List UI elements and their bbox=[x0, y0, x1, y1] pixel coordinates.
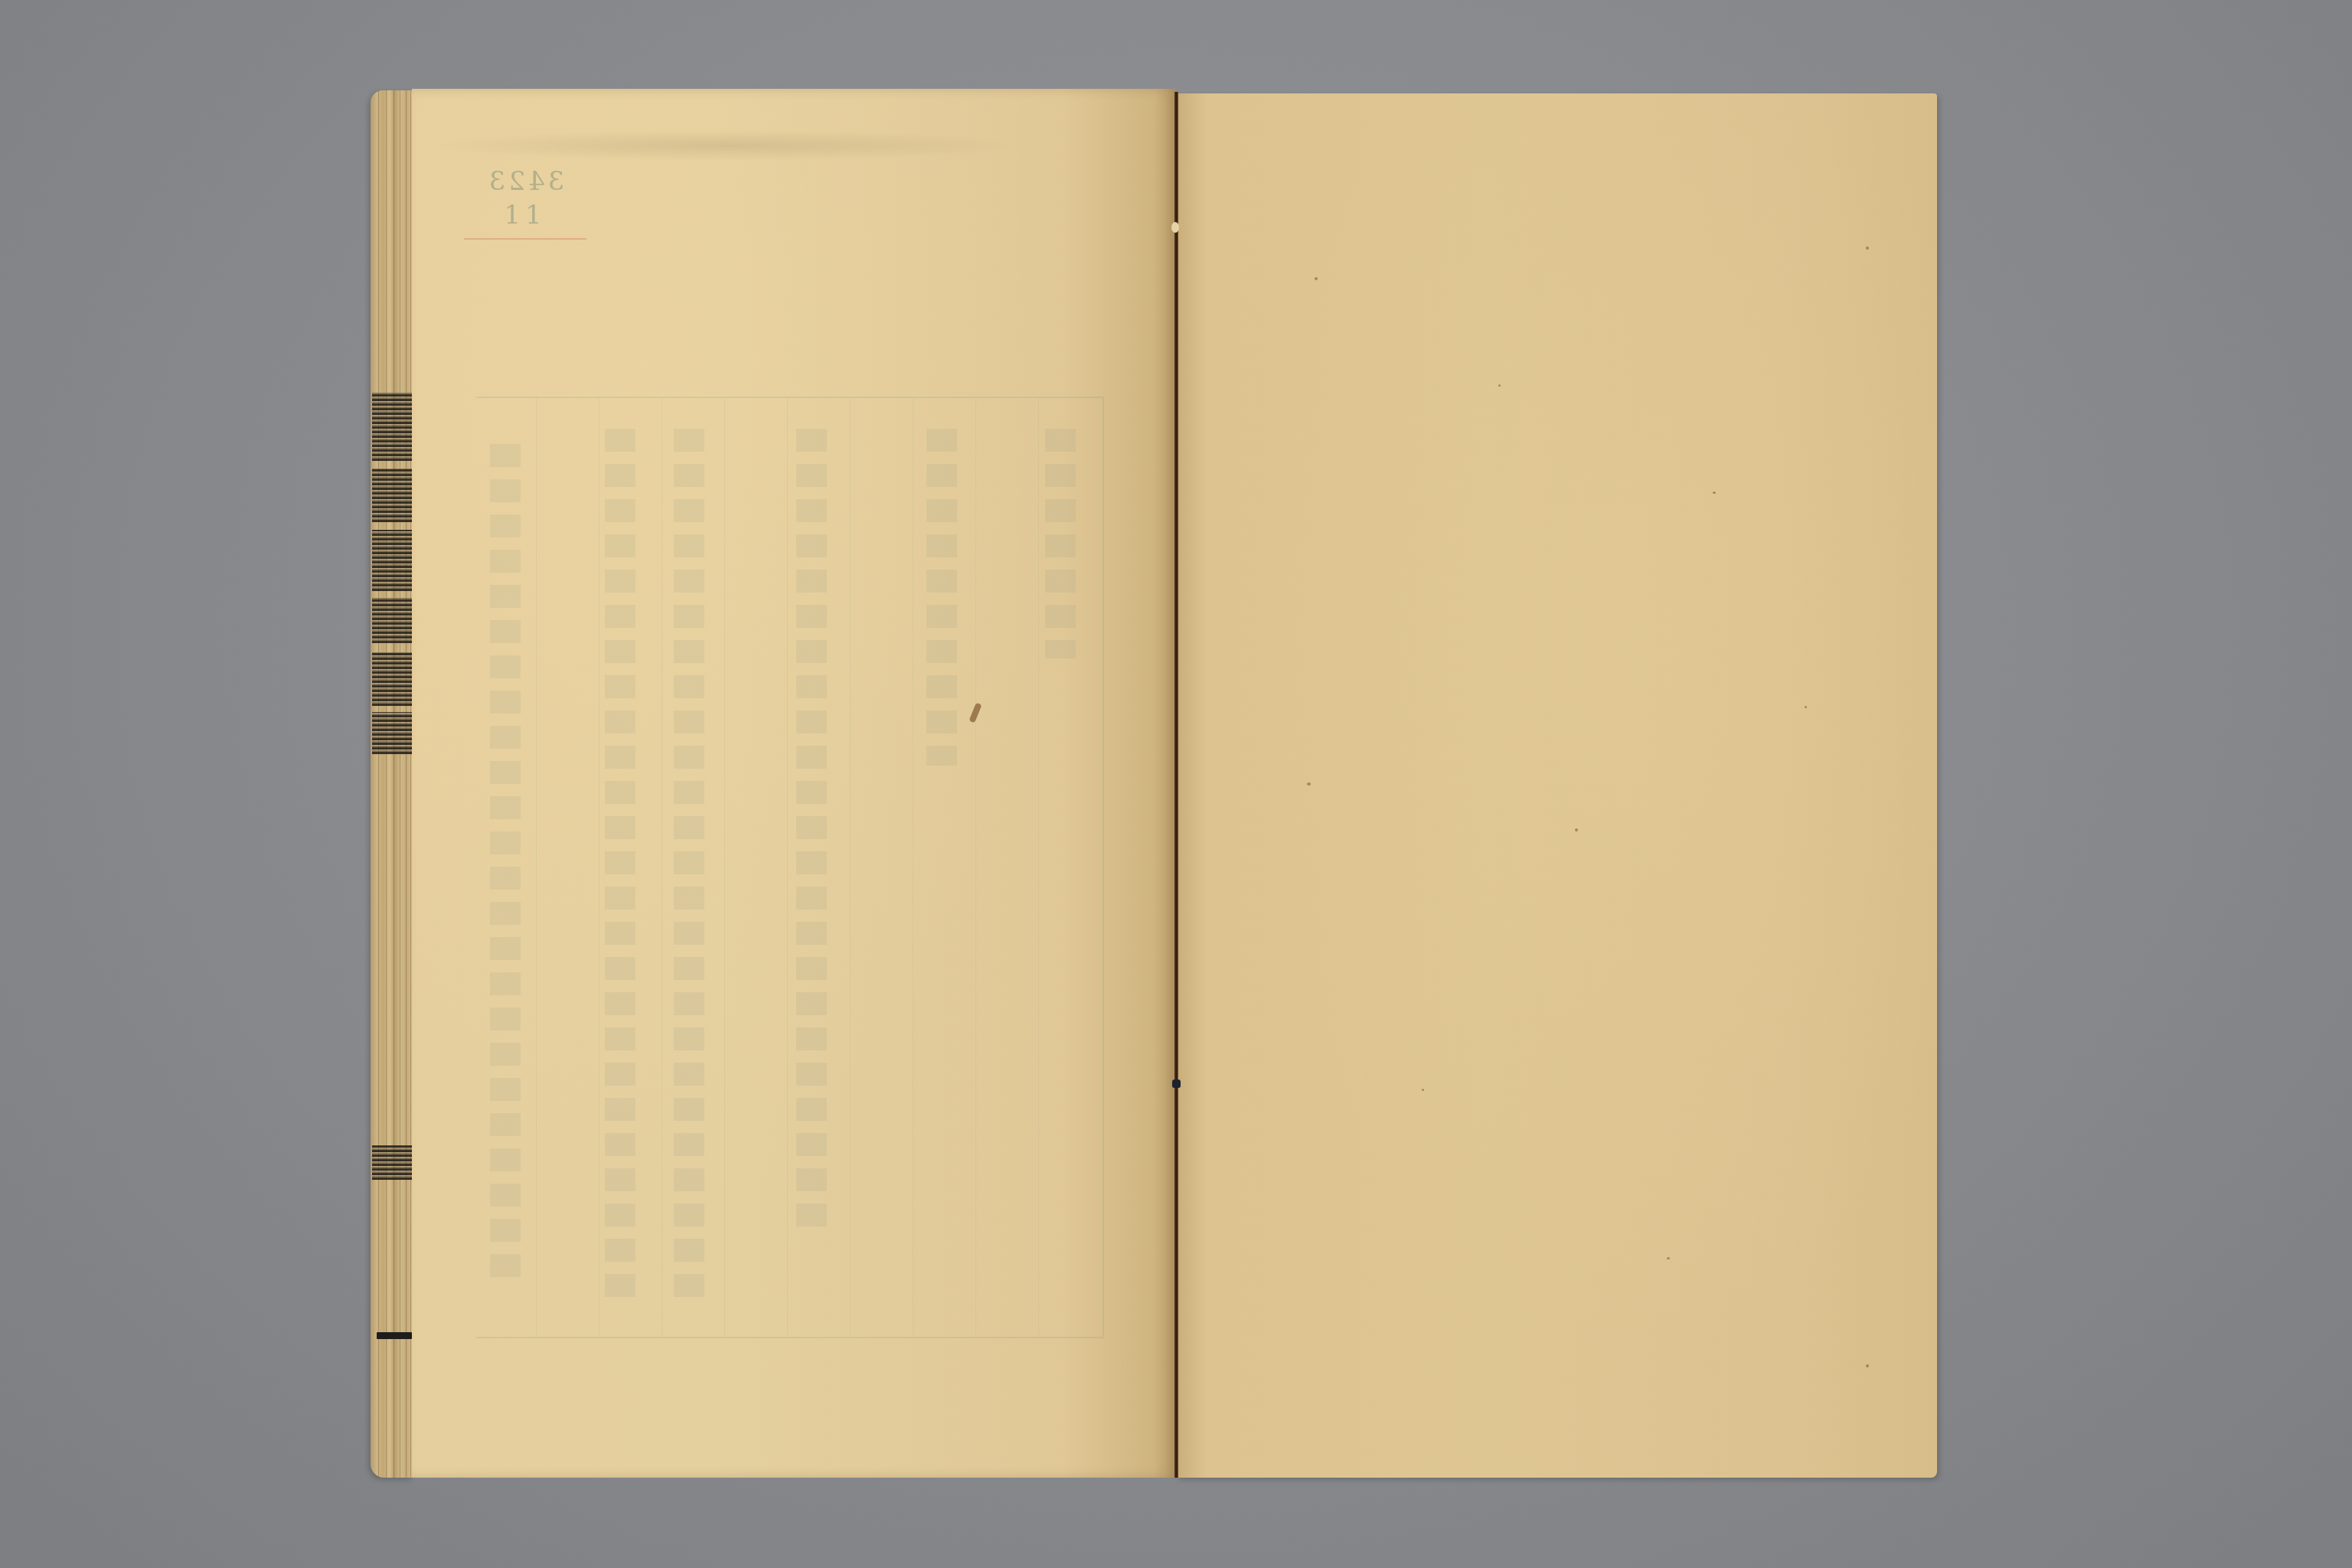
edge-ink-mark bbox=[372, 530, 412, 591]
page-edge-stack bbox=[371, 90, 413, 1478]
bleed-through-frame bbox=[476, 397, 1104, 1338]
bleed-through-text-column bbox=[674, 429, 704, 1302]
library-stamp: 3423 11 bbox=[464, 165, 586, 240]
edge-ink-mark bbox=[372, 597, 412, 643]
edge-ink-bar bbox=[377, 1332, 412, 1339]
edge-ink-mark bbox=[372, 712, 412, 754]
bleed-through-text-column bbox=[926, 429, 957, 766]
stamp-call-number: 3423 bbox=[464, 165, 586, 198]
edge-ink-mark bbox=[372, 652, 412, 706]
edge-ink-mark bbox=[372, 1145, 412, 1180]
scan-scene: 3423 11 bbox=[0, 0, 2352, 1568]
right-page bbox=[1177, 93, 1937, 1478]
binding-thread-knot bbox=[1172, 1080, 1181, 1088]
bleed-through-text-column bbox=[490, 444, 521, 1286]
edge-ink-mark bbox=[372, 469, 412, 522]
binding-notch bbox=[1171, 222, 1179, 233]
stamp-volume-number: 11 bbox=[464, 198, 586, 232]
edge-ink-mark bbox=[372, 392, 412, 461]
book-gutter bbox=[1174, 92, 1178, 1478]
bleed-through-text-column bbox=[605, 429, 635, 1302]
bleed-through-text-column bbox=[796, 429, 827, 1233]
top-smudge bbox=[429, 130, 1026, 161]
bleed-through-text-column bbox=[1045, 429, 1076, 658]
